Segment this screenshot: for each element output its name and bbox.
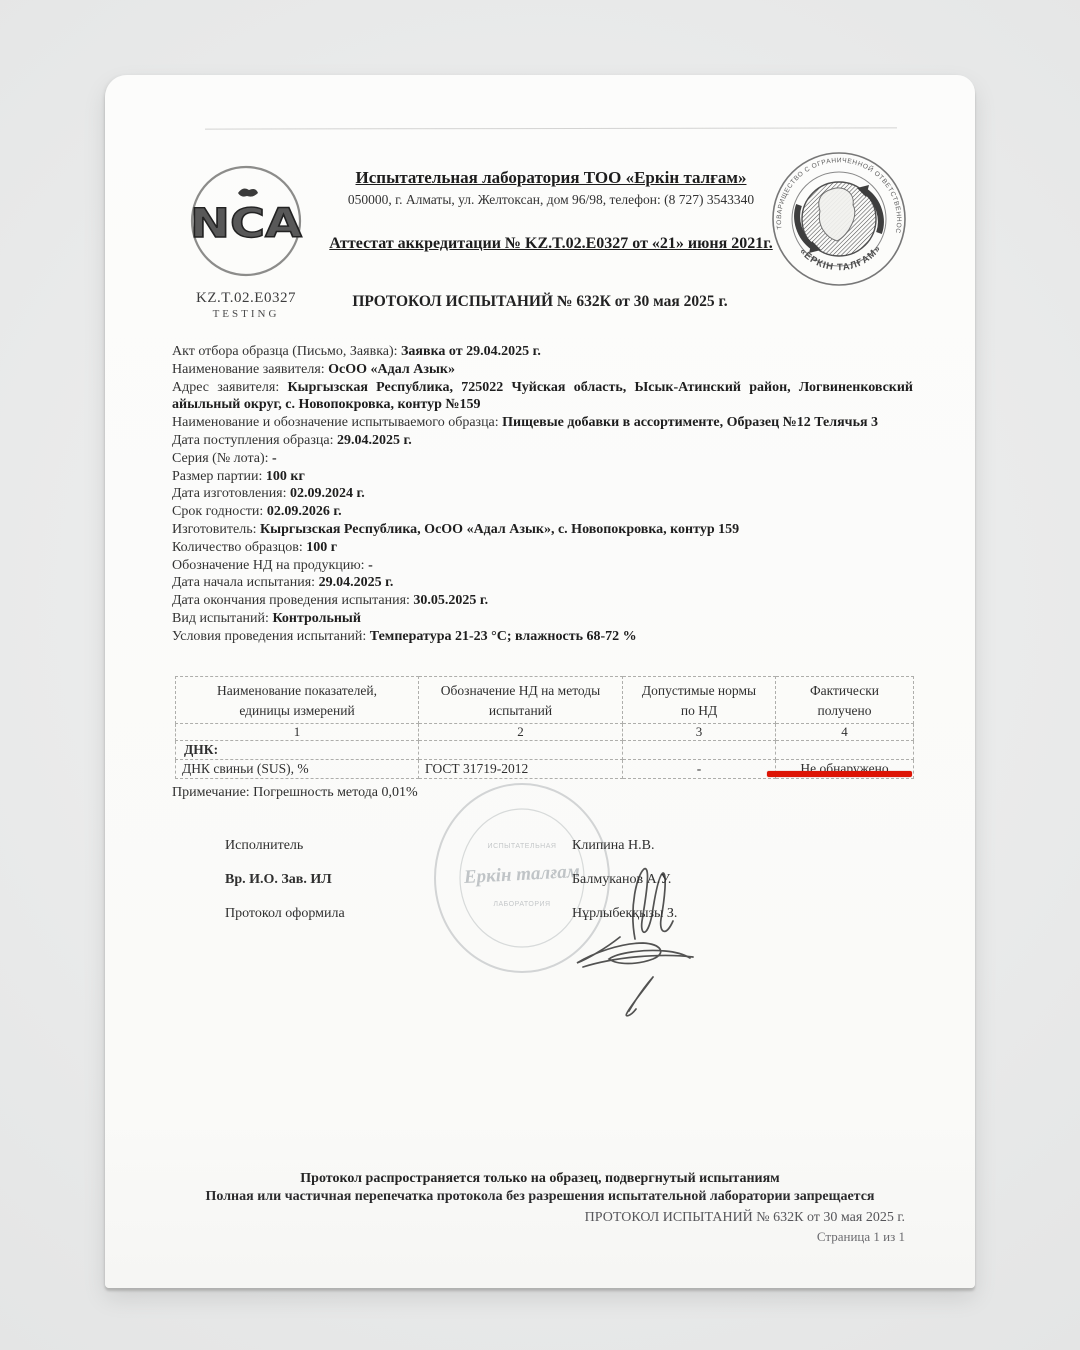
nca-logo-icon: NCA bbox=[186, 163, 306, 283]
field-label: Адрес заявителя: bbox=[172, 380, 279, 395]
field-row: Дата поступления образца: 29.04.2025 г. bbox=[172, 432, 913, 450]
field-value: 100 г bbox=[306, 540, 337, 555]
col-header-indicator: Наименование показателей, единицы измере… bbox=[176, 677, 419, 724]
field-row: Серия (№ лота): - bbox=[172, 450, 913, 468]
field-value: Кыргызская Республика, 725022 Чуйская об… bbox=[172, 380, 913, 413]
field-value: Контрольный bbox=[272, 611, 361, 626]
field-label: Изготовитель: bbox=[172, 522, 256, 537]
signature-3 bbox=[626, 977, 653, 1016]
footer-protocol-ref: ПРОТОКОЛ ИСПЫТАНИЙ № 632К от 30 мая 2025… bbox=[585, 1210, 905, 1226]
sample-fields: Акт отбора образца (Письмо, Заявка): Зая… bbox=[172, 343, 913, 646]
document-page: NCA KZ.T.02.E0327 TESTING Испытательная … bbox=[105, 75, 975, 1288]
protocol-title: ПРОТОКОЛ ИСПЫТАНИЙ № 632К от 30 мая 2025… bbox=[105, 293, 975, 311]
signature-role: Вр. И.О. Зав. ИЛ bbox=[225, 872, 332, 888]
field-row: Размер партии: 100 кг bbox=[172, 468, 913, 486]
field-label: Срок годности: bbox=[172, 504, 263, 519]
field-row: Обозначение НД на продукцию: - bbox=[172, 557, 913, 575]
col-header-norm: Допустимые нормы по НД bbox=[623, 677, 776, 724]
signature-name: Нұрлыбекқызы З. bbox=[572, 906, 677, 922]
field-row: Акт отбора образца (Письмо, Заявка): Зая… bbox=[172, 343, 913, 361]
field-value: 02.09.2026 г. bbox=[267, 504, 342, 519]
field-label: Серия (№ лота): bbox=[172, 451, 269, 466]
col-header-method: Обозначение НД на методы испытаний bbox=[419, 677, 623, 724]
field-row: Наименование заявителя: ОсОО «Адал Азык» bbox=[172, 361, 913, 379]
field-label: Дата окончания проведения испытания: bbox=[172, 593, 410, 608]
field-row: Вид испытаний: Контрольный bbox=[172, 610, 913, 628]
field-value: Кыргызская Республика, ОсОО «Адал Азык»,… bbox=[260, 522, 739, 537]
footer-disclaimer-1: Протокол распространяется только на обра… bbox=[105, 1171, 975, 1187]
field-row: Дата начала испытания: 29.04.2025 г. bbox=[172, 574, 913, 592]
col-number: 4 bbox=[776, 724, 914, 741]
field-row: Срок годности: 02.09.2026 г. bbox=[172, 503, 913, 521]
field-value: - bbox=[272, 451, 277, 466]
signature-name: Балмуканов А.У. bbox=[572, 872, 671, 888]
footer-disclaimer-2: Полная или частичная перепечатка протоко… bbox=[105, 1189, 975, 1205]
col-number: 3 bbox=[623, 724, 776, 741]
field-label: Дата начала испытания: bbox=[172, 575, 315, 590]
field-row: Условия проведения испытаний: Температур… bbox=[172, 628, 913, 646]
field-label: Обозначение НД на продукцию: bbox=[172, 558, 365, 573]
field-value: Заявка от 29.04.2025 г. bbox=[401, 344, 541, 359]
col-header-result: Фактически получено bbox=[776, 677, 914, 724]
company-stamp-icon: ТОВАРИЩЕСТВО С ОГРАНИЧЕННОЙ ОТВЕТСТВЕННО… bbox=[769, 149, 909, 289]
table-header-row: Наименование показателей, единицы измере… bbox=[176, 677, 914, 724]
method-note: Примечание: Погрешность метода 0,01% bbox=[172, 785, 418, 801]
field-value: 100 кг bbox=[266, 469, 305, 484]
signature-name: Клипина Н.В. bbox=[572, 838, 654, 854]
field-label: Наименование и обозначение испытываемого… bbox=[172, 415, 499, 430]
group-label: ДНК: bbox=[176, 741, 419, 760]
field-row: Дата окончания проведения испытания: 30.… bbox=[172, 592, 913, 610]
field-label: Дата изготовления: bbox=[172, 486, 287, 501]
scan-artifact-line bbox=[205, 127, 897, 129]
field-row: Наименование и обозначение испытываемого… bbox=[172, 414, 913, 432]
field-label: Дата поступления образца: bbox=[172, 433, 333, 448]
field-value: - bbox=[368, 558, 373, 573]
col-number: 1 bbox=[176, 724, 419, 741]
results-table: Наименование показателей, единицы измере… bbox=[175, 676, 914, 779]
field-label: Количество образцов: bbox=[172, 540, 303, 555]
field-value: 29.04.2025 г. bbox=[319, 575, 394, 590]
signature-2-underline bbox=[583, 955, 693, 967]
field-value: 30.05.2025 г. bbox=[413, 593, 488, 608]
field-value: Пищевые добавки в ассортименте, Образец … bbox=[502, 415, 878, 430]
table-group-row: ДНК: bbox=[176, 741, 914, 760]
field-label: Условия проведения испытаний: bbox=[172, 629, 366, 644]
accreditation-line: Аттестат аккредитации № KZ.T.02.E0327 от… bbox=[317, 235, 785, 253]
field-row: Количество образцов: 100 г bbox=[172, 539, 913, 557]
field-row: Изготовитель: Кыргызская Республика, ОсО… bbox=[172, 521, 913, 539]
svg-text:NCA: NCA bbox=[190, 201, 302, 247]
table-number-row: 1 2 3 4 bbox=[176, 724, 914, 741]
field-label: Размер партии: bbox=[172, 469, 262, 484]
field-label: Акт отбора образца (Письмо, Заявка): bbox=[172, 344, 398, 359]
col-number: 2 bbox=[419, 724, 623, 741]
footer-page-number: Страница 1 из 1 bbox=[817, 1229, 905, 1245]
field-value: 02.09.2024 г. bbox=[290, 486, 365, 501]
field-label: Вид испытаний: bbox=[172, 611, 269, 626]
header-text-block: Испытательная лаборатория ТОО «Еркін тал… bbox=[317, 168, 785, 253]
cell-method: ГОСТ 31719-2012 bbox=[419, 760, 623, 779]
field-value: ОсОО «Адал Азык» bbox=[328, 362, 455, 377]
signature-role: Исполнитель bbox=[225, 838, 303, 854]
lab-address: 050000, г. Алматы, ул. Желтоксан, дом 96… bbox=[317, 192, 785, 208]
lab-title: Испытательная лаборатория ТОО «Еркін тал… bbox=[317, 168, 785, 188]
nca-bird-icon bbox=[238, 189, 258, 197]
signature-role: Протокол оформила bbox=[225, 906, 345, 922]
red-underline-highlight bbox=[767, 771, 912, 777]
field-row: Дата изготовления: 02.09.2024 г. bbox=[172, 485, 913, 503]
field-row: Адрес заявителя: Кыргызская Республика, … bbox=[172, 379, 913, 415]
cell-norm: - bbox=[623, 760, 776, 779]
cell-indicator: ДНК свиньи (SUS), % bbox=[176, 760, 419, 779]
field-value: Температура 21-23 °С; влажность 68-72 % bbox=[370, 629, 637, 644]
field-label: Наименование заявителя: bbox=[172, 362, 325, 377]
signature-2 bbox=[577, 937, 690, 964]
field-value: 29.04.2025 г. bbox=[337, 433, 412, 448]
